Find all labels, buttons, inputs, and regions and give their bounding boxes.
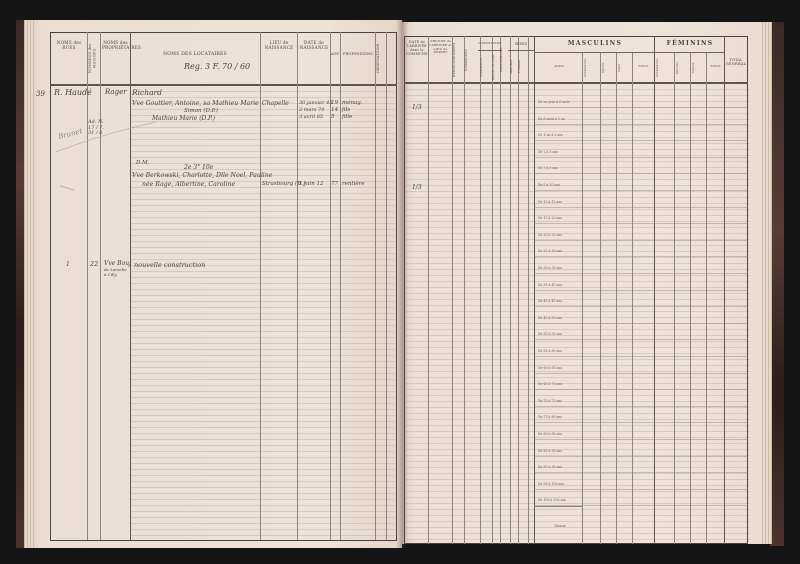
tenant-line: née Rage, Albertine, Caroline [142, 181, 235, 188]
entry-owner-note: de Laroche à Cilly [104, 268, 128, 278]
header-age: AGE [330, 52, 340, 56]
totals-rule [534, 506, 582, 507]
age-bracket-label: De un jour à 6 mois [538, 100, 570, 104]
col-divider [492, 36, 493, 544]
subheader-total-f: TOTAL [707, 65, 724, 68]
age-bracket-label: De 50 à 55 ans [538, 332, 562, 336]
header-total-general: TOTAL GÉNÉRAL [725, 58, 747, 67]
age-bracket-label: De 65 à 70 ans [538, 382, 562, 386]
header-sexes: SEXES [508, 42, 534, 46]
col-divider [375, 32, 376, 540]
col-divider [464, 36, 465, 544]
entry-owner: Rager [105, 88, 127, 96]
tenant-line: Vve Berkowski, Charlotte, Dlle Noel, Pau… [132, 172, 272, 179]
col-divider [528, 36, 529, 544]
entry-owner-note: Richard [132, 88, 162, 97]
header-etrangers: ÉTRANGERS [465, 40, 479, 80]
age-row-rule [534, 290, 748, 291]
header-noms-proprietaires: NOMS des PROPRIÉTAIRES [102, 40, 129, 51]
totals-label: Totaux [554, 524, 566, 528]
pencil-mark-icon [58, 184, 78, 192]
birth-date: 2 mars 70 [299, 107, 324, 113]
header-date-naissance: DATE de NAISSANCE [298, 40, 330, 51]
profession-value: rentière [342, 181, 365, 187]
age-bracket-label: De 1 an à 2 ans [538, 133, 563, 137]
age-bracket-label: De 2 à 3 ans [538, 150, 558, 154]
col-divider [340, 32, 341, 540]
pencil-stroke-icon [52, 116, 162, 156]
arrival-mark: 1/3 [412, 104, 422, 111]
age-bracket-label: De 20 à 25 ans [538, 233, 562, 237]
tenant-line: Vve Gouttier, Antoine, sa Mathieu Marie [132, 100, 259, 107]
col-divider [616, 52, 617, 544]
page-edges-left [24, 20, 34, 548]
age-value: 14 [331, 107, 338, 113]
age-row-rule [534, 356, 748, 357]
header-conditions: CONDITIONS [478, 42, 502, 46]
age-row-rule [534, 323, 748, 324]
age-row-rule [534, 373, 748, 374]
age-row-rule [534, 472, 748, 473]
subheader-veuves: Veuves [692, 56, 704, 80]
col-divider [130, 32, 131, 540]
age-bracket-label: De 3 à 5 ans [538, 166, 558, 170]
birth-date: 1 juin 12 [299, 181, 324, 187]
subheader-celibataires-m: Célibataires [584, 56, 598, 80]
age-row-rule [534, 140, 748, 141]
col-divider [100, 32, 101, 540]
entry-street: R. Haudé [54, 88, 92, 97]
subheader-total-m: TOTAL [633, 65, 654, 68]
entry-house-number: 22 [90, 260, 98, 268]
right-page: DATE de l'ARRIVÉE dans la COMMUNE ORIGIN… [402, 22, 772, 544]
age-bracket-label: De 25 à 30 ans [538, 249, 562, 253]
tenant-line: Simon (D.P.) [184, 108, 218, 114]
age-bracket-label: De 15 à 20 ans [538, 216, 562, 220]
header-bottom-rule [50, 84, 397, 86]
age-row-rule [534, 256, 748, 257]
entry-owner: Vve Bouj [104, 260, 131, 267]
profession-value: fille [342, 114, 352, 120]
col-divider [690, 52, 691, 544]
age-row-rule [534, 207, 748, 208]
age-row-rule [534, 223, 748, 224]
age-bracket-label: De 85 à 90 ans [538, 449, 562, 453]
age-bracket-label: De 75 à 80 ans [538, 415, 562, 419]
birth-date: 3 avril 85 [299, 114, 323, 120]
profession-value: fils [342, 107, 350, 113]
age-bracket-label: De 80 à 85 ans [538, 432, 562, 436]
subheader-feminin: Féminin [518, 54, 528, 80]
col-divider [386, 32, 387, 540]
col-divider [582, 52, 583, 544]
header-noms-locataires: NOMS DES LOCATAIRES [132, 52, 258, 58]
age-bracket-label: De 10 à 15 ans [538, 200, 562, 204]
col-divider [510, 36, 511, 544]
subheader-celibataires-f: Célibataires [656, 56, 672, 80]
age-bracket-label: De 40 à 45 ans [538, 299, 562, 303]
header-date-arrivee: DATE de l'ARRIVÉE dans la COMMUNE [406, 40, 428, 56]
birth-date: 30 janvier 45 [299, 100, 332, 106]
age-bracket-label: De 5 à 10 ans [538, 183, 560, 187]
subheader-veufs: Veufs [618, 56, 630, 80]
col-divider [706, 52, 707, 544]
col-divider [87, 32, 88, 540]
entry-margin-number: 1 [66, 261, 70, 268]
age-bracket-label: De 45 à 50 ans [538, 316, 562, 320]
age-bracket-label: De 90 à 95 ans [538, 465, 562, 469]
age-row-rule [534, 107, 748, 108]
age-bracket-label: De 60 à 65 ans [538, 366, 562, 370]
age-row-rule [534, 273, 748, 274]
header-professions: PROFESSIONS [341, 52, 375, 56]
age-value: 5 [331, 114, 335, 120]
col-divider [632, 52, 633, 544]
header-annotation: Reg. 3 F. 70 / 60 [184, 62, 250, 71]
group-rule [508, 50, 534, 51]
age-bracket-label: De 35 à 40 ans [538, 283, 562, 287]
age-row-rule [534, 422, 748, 423]
col-divider [600, 52, 601, 544]
age-row-rule [534, 439, 748, 440]
group-rule [534, 52, 724, 53]
age-bracket-label: De 100 à 105 ans [538, 498, 566, 502]
col-divider [500, 36, 501, 544]
header-bottom-rule [404, 82, 748, 84]
age-bracket-label: De 55 à 60 ans [538, 349, 562, 353]
age-row-rule [534, 190, 748, 191]
header-numeros-maisons: NUMÉROS des MAISONS [88, 36, 99, 80]
age-row-rule [534, 339, 748, 340]
age-value: 77 [331, 181, 338, 187]
age-bracket-label: De 6 mois à 1 an [538, 117, 565, 121]
book-cover-right [770, 22, 784, 546]
age-row-rule [534, 157, 748, 158]
age-row-rule [534, 124, 748, 125]
header-origine: ORIGINE de l'ARRIVÉE et LIEU de DÉPART [429, 40, 452, 55]
age-row-rule [534, 406, 748, 407]
age-row-rule [534, 389, 748, 390]
entry-owner-note: D.M. [136, 160, 149, 166]
header-lieu-naissance: LIEU de NAISSANCE [262, 40, 296, 51]
col-divider [452, 36, 453, 544]
header-noms-rues: NOMS des RUES [52, 40, 86, 51]
arrival-mark: 1/3 [412, 184, 422, 191]
page-edges-right [762, 22, 772, 544]
book-gutter [396, 20, 408, 548]
age-row-rule [534, 240, 748, 241]
header-masculins: MASCULINS [536, 40, 654, 48]
entry-birthplace: Chapelle [262, 100, 289, 107]
col-divider [260, 32, 261, 540]
col-divider [428, 36, 429, 544]
age-value: 19 [331, 100, 338, 106]
header-feminins: FÉMININS [656, 40, 724, 48]
col-divider [518, 36, 519, 544]
left-page: NOMS des RUES NUMÉROS des MAISONS NOMS d… [24, 20, 402, 548]
subheader-mariees: Mariées [676, 56, 688, 80]
age-row-rule [534, 173, 748, 174]
tenant-line: nouvelle construction [134, 261, 205, 269]
age-bracket-label: De 70 à 75 ans [538, 399, 562, 403]
age-row-rule [534, 456, 748, 457]
header-observations: OBSERVATIONS [376, 36, 386, 80]
age-row-rule [534, 489, 748, 490]
age-bracket-label: De 95 à 100 ans [538, 482, 564, 486]
age-bracket-label: De 30 à 35 ans [538, 266, 562, 270]
header-renseignements: RENSEIGNEMENTS [453, 40, 464, 80]
age-row-rule [534, 306, 748, 307]
col-divider [674, 52, 675, 544]
entry-margin-number: 39 [36, 90, 45, 98]
col-divider [297, 32, 298, 540]
col-divider [480, 36, 481, 544]
tenant-annotation: 2e 3° 10e [184, 164, 213, 171]
subheader-maries: Mariés [602, 56, 614, 80]
profession-value: ménag. [342, 100, 363, 106]
subheader-ages: AGES [536, 65, 582, 69]
